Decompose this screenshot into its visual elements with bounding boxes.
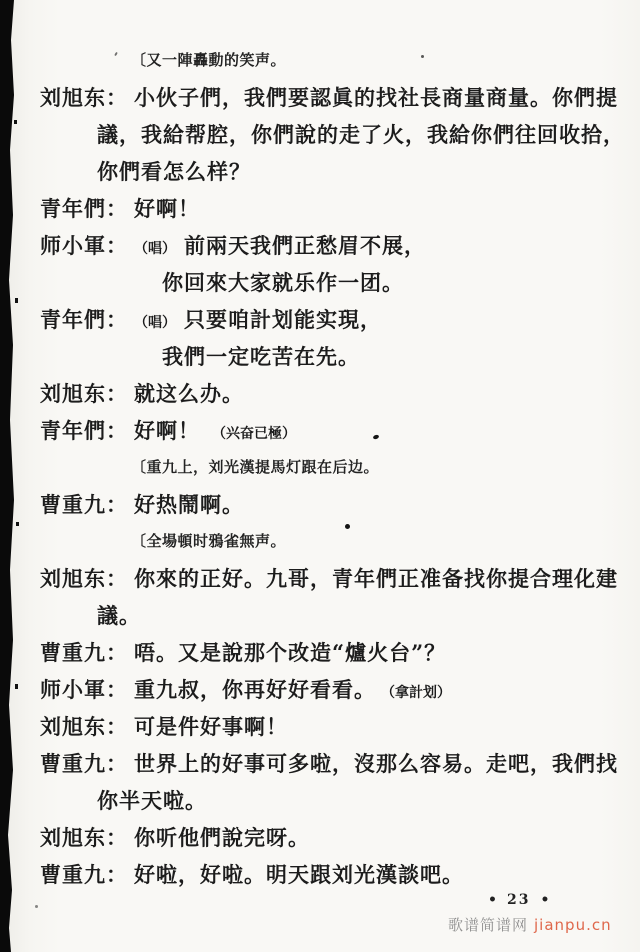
script-line: 曹重九：唔。又是說那个改造“爐火台”？ [0,634,640,671]
script-line: 师小軍：（唱）前兩天我們正愁眉不展， [0,227,640,264]
script-line: 师小軍：重九叔，你再好好看看。（拿計划） [0,671,640,708]
dialogue-text: 前兩天我們正愁眉不展， [184,233,426,258]
script-line: 刘旭东：你听他們說完呀。 [0,819,640,856]
dialogue-text: 好啊！ [134,196,200,221]
ink-speck [345,524,350,529]
script-line: 議。 [0,597,640,634]
speaker-name: 刘旭东： [40,375,132,412]
ink-speck [456,128,459,131]
sung-marker-note: （唱） [134,315,176,331]
stage-text: 〔重九上，刘光漢提馬灯跟在后边。 [131,458,379,476]
speaker-name: 曹重九： [40,486,132,523]
script-line: 青年們：（唱）只要咱計划能实現， [0,301,640,338]
script-line: 青年們：好啊！（兴奋已極） [0,412,640,449]
page-number-decor-right: • [540,892,549,908]
speaker-name: 刘旭东： [40,708,132,745]
speaker-name: 刘旭东： [40,79,132,116]
script-line: 你回來大家就乐作一团。 [0,264,640,301]
dialogue-text: 我們一定吃苦在先。 [162,344,360,369]
dialogue-text: 重九叔，你再好好看看。 [134,677,376,702]
dialogue-text: 好热鬧啊。 [134,492,244,517]
script-line: 你半天啦。 [0,782,640,819]
stage-text: 〔又一陣轟動的笑声。 [131,51,286,69]
dialogue-text: 你們看怎么样？ [97,159,251,184]
script-line: 你們看怎么样？ [0,153,640,190]
dialogue-text: 你來的正好。九哥，青年們正准备找你提合理化建 [134,566,618,591]
action-note: （拿計划） [388,685,451,701]
speaker-name: 曹重九： [40,856,132,893]
stage-direction: 〔又一陣轟動的笑声。 [0,42,640,79]
dialogue-text: 小伙子們，我們要認眞的找社長商量商量。你們提 [134,85,618,110]
script-line: 刘旭东：可是件好事啊！ [0,708,640,745]
dialogue-text: 你回來大家就乐作一团。 [162,270,404,295]
script-line: 刘旭东：你來的正好。九哥，青年們正准备找你提合理化建 [0,560,640,597]
ink-speck [90,760,92,763]
watermark-site-url: jianpu.cn [534,916,612,934]
ink-speck [35,905,38,908]
dialogue-text: 世界上的好事可多啦，沒那么容易。走吧，我們找 [134,751,618,776]
dialogue-text: 好啦，好啦。明天跟刘光漢談吧。 [134,862,464,887]
page-number-decor-left: • [488,892,497,908]
speaker-name: 师小軍： [40,671,132,708]
dialogue-text: 你听他們說完呀。 [134,825,310,850]
script-line: 刘旭东：小伙子們，我們要認眞的找社長商量商量。你們提 [0,79,640,116]
page-number: •23• [483,892,554,908]
speaker-name: 师小軍： [40,227,132,264]
script-line: 刘旭东：就这么办。 [0,375,640,412]
stage-direction: 〔全場頓时鴉雀無声。 [0,523,640,560]
dialogue-text: 好啊！ [134,418,200,443]
speaker-name: 青年們： [40,190,132,227]
dialogue-text: 你半天啦。 [97,788,207,813]
dialogue-text: 只要咱計划能实現， [184,307,382,332]
sung-marker-note: （唱） [134,241,176,257]
script-body: 〔又一陣轟動的笑声。刘旭东：小伙子們，我們要認眞的找社長商量商量。你們提議，我給… [0,42,640,893]
speaker-name: 青年們： [40,412,132,449]
watermark: 歌谱简谱网jianpu.cn [448,914,612,935]
script-line: 曹重九：好啦，好啦。明天跟刘光漢談吧。 [0,856,640,893]
script-line: 我們一定吃苦在先。 [0,338,640,375]
watermark-site-name: 歌谱简谱网 [448,916,528,934]
speaker-name: 青年們： [40,301,132,338]
dialogue-text: 議，我給帮腔，你們說的走了火，我給你們往回收拾， [97,122,625,147]
script-line: 曹重九：好热鬧啊。 [0,486,640,523]
script-line: 青年們：好啊！ [0,190,640,227]
page-number-value: 23 [507,892,530,908]
speaker-name: 曹重九： [40,634,132,671]
speaker-name: 曹重九： [40,745,132,782]
script-line: 議，我給帮腔，你們說的走了火，我給你們往回收拾， [0,116,640,153]
dialogue-text: 議。 [97,603,141,628]
script-line: 曹重九：世界上的好事可多啦，沒那么容易。走吧，我們找 [0,745,640,782]
action-note: （兴奋已極） [212,426,296,442]
ink-speck [421,55,424,58]
dialogue-text: 可是件好事啊！ [134,714,288,739]
scanned-page: 〔又一陣轟動的笑声。刘旭东：小伙子們，我們要認眞的找社長商量商量。你們提議，我給… [0,0,640,952]
stage-text: 〔全場頓时鴉雀無声。 [131,532,286,550]
speaker-name: 刘旭东： [40,819,132,856]
speaker-name: 刘旭东： [40,560,132,597]
dialogue-text: 唔。又是說那个改造“爐火台”？ [134,640,446,665]
stage-direction: 〔重九上，刘光漢提馬灯跟在后边。 [0,449,640,486]
dialogue-text: 就这么办。 [134,381,244,406]
